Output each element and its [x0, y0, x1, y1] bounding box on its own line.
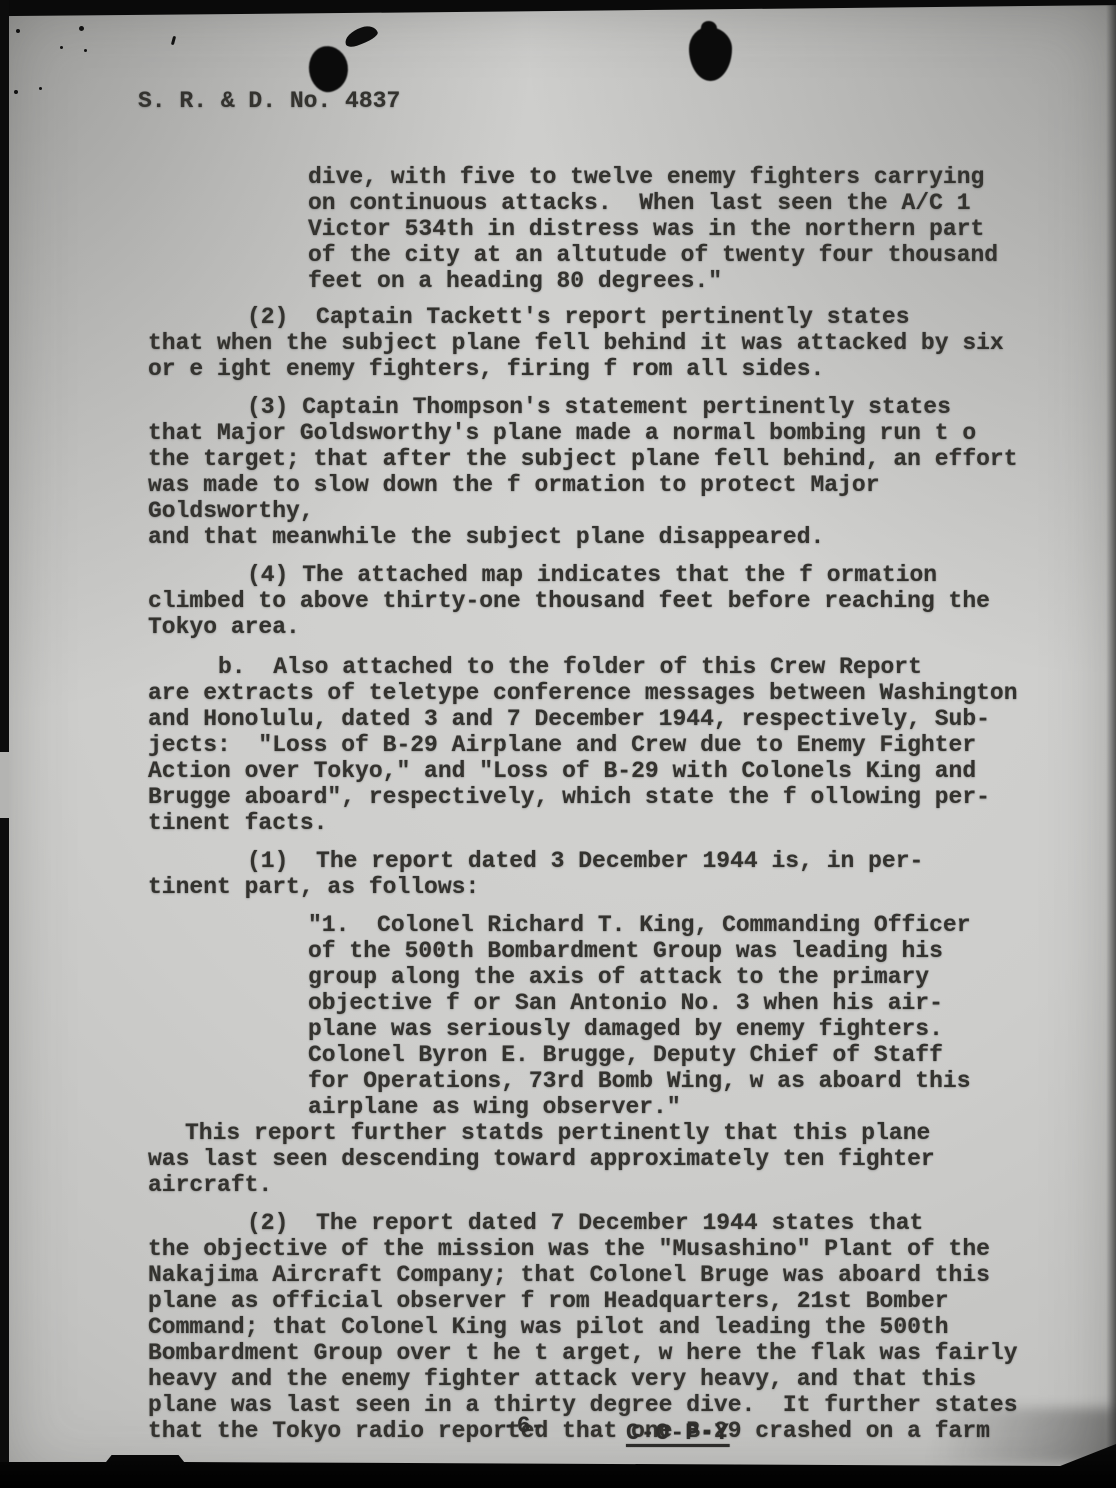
- quote-colonel-king: "1. Colonel Richard T. King, Commanding …: [308, 912, 1020, 1120]
- paragraph-4-attached-map: (4) The attached map indicates that the …: [148, 562, 1020, 640]
- paragraph-b-teletype-messages: b. Also attached to the folder of this C…: [148, 654, 1020, 836]
- ink-speck: [14, 90, 18, 94]
- scanned-document-page: S. R. & D. No. 4837 dive, with five to t…: [0, 0, 1116, 1488]
- page-number: -6-: [503, 1413, 544, 1439]
- scan-edge-left-notch: [0, 752, 9, 818]
- ink-speck: [84, 49, 87, 52]
- copy-label: C-O-P-Y: [626, 1420, 730, 1446]
- paragraph-report-further-states: This report further statds pertinently t…: [148, 1120, 1020, 1198]
- paragraph-1-report-3-december: (1) The report dated 3 December 1944 is,…: [148, 848, 1020, 900]
- scan-shadow-bottom-right: [856, 1408, 1116, 1464]
- paragraph-2-tackett-report: (2) Captain Tackett's report pertinently…: [148, 304, 1020, 382]
- paragraph-3-thompson-statement: (3) Captain Thompson's statement pertine…: [148, 394, 1020, 550]
- ink-speck: [16, 29, 20, 33]
- ink-speck: [60, 46, 63, 49]
- ink-speck: [79, 26, 84, 31]
- page-body: S. R. & D. No. 4837 dive, with five to t…: [0, 0, 1116, 1488]
- scan-edge-left: [0, 0, 9, 1488]
- excerpt-quote-dive: dive, with five to twelve enemy fighters…: [308, 164, 1020, 294]
- reference-number: S. R. & D. No. 4837: [138, 88, 1020, 114]
- ink-speck: [39, 87, 42, 90]
- scan-edge-right: [1106, 0, 1116, 1488]
